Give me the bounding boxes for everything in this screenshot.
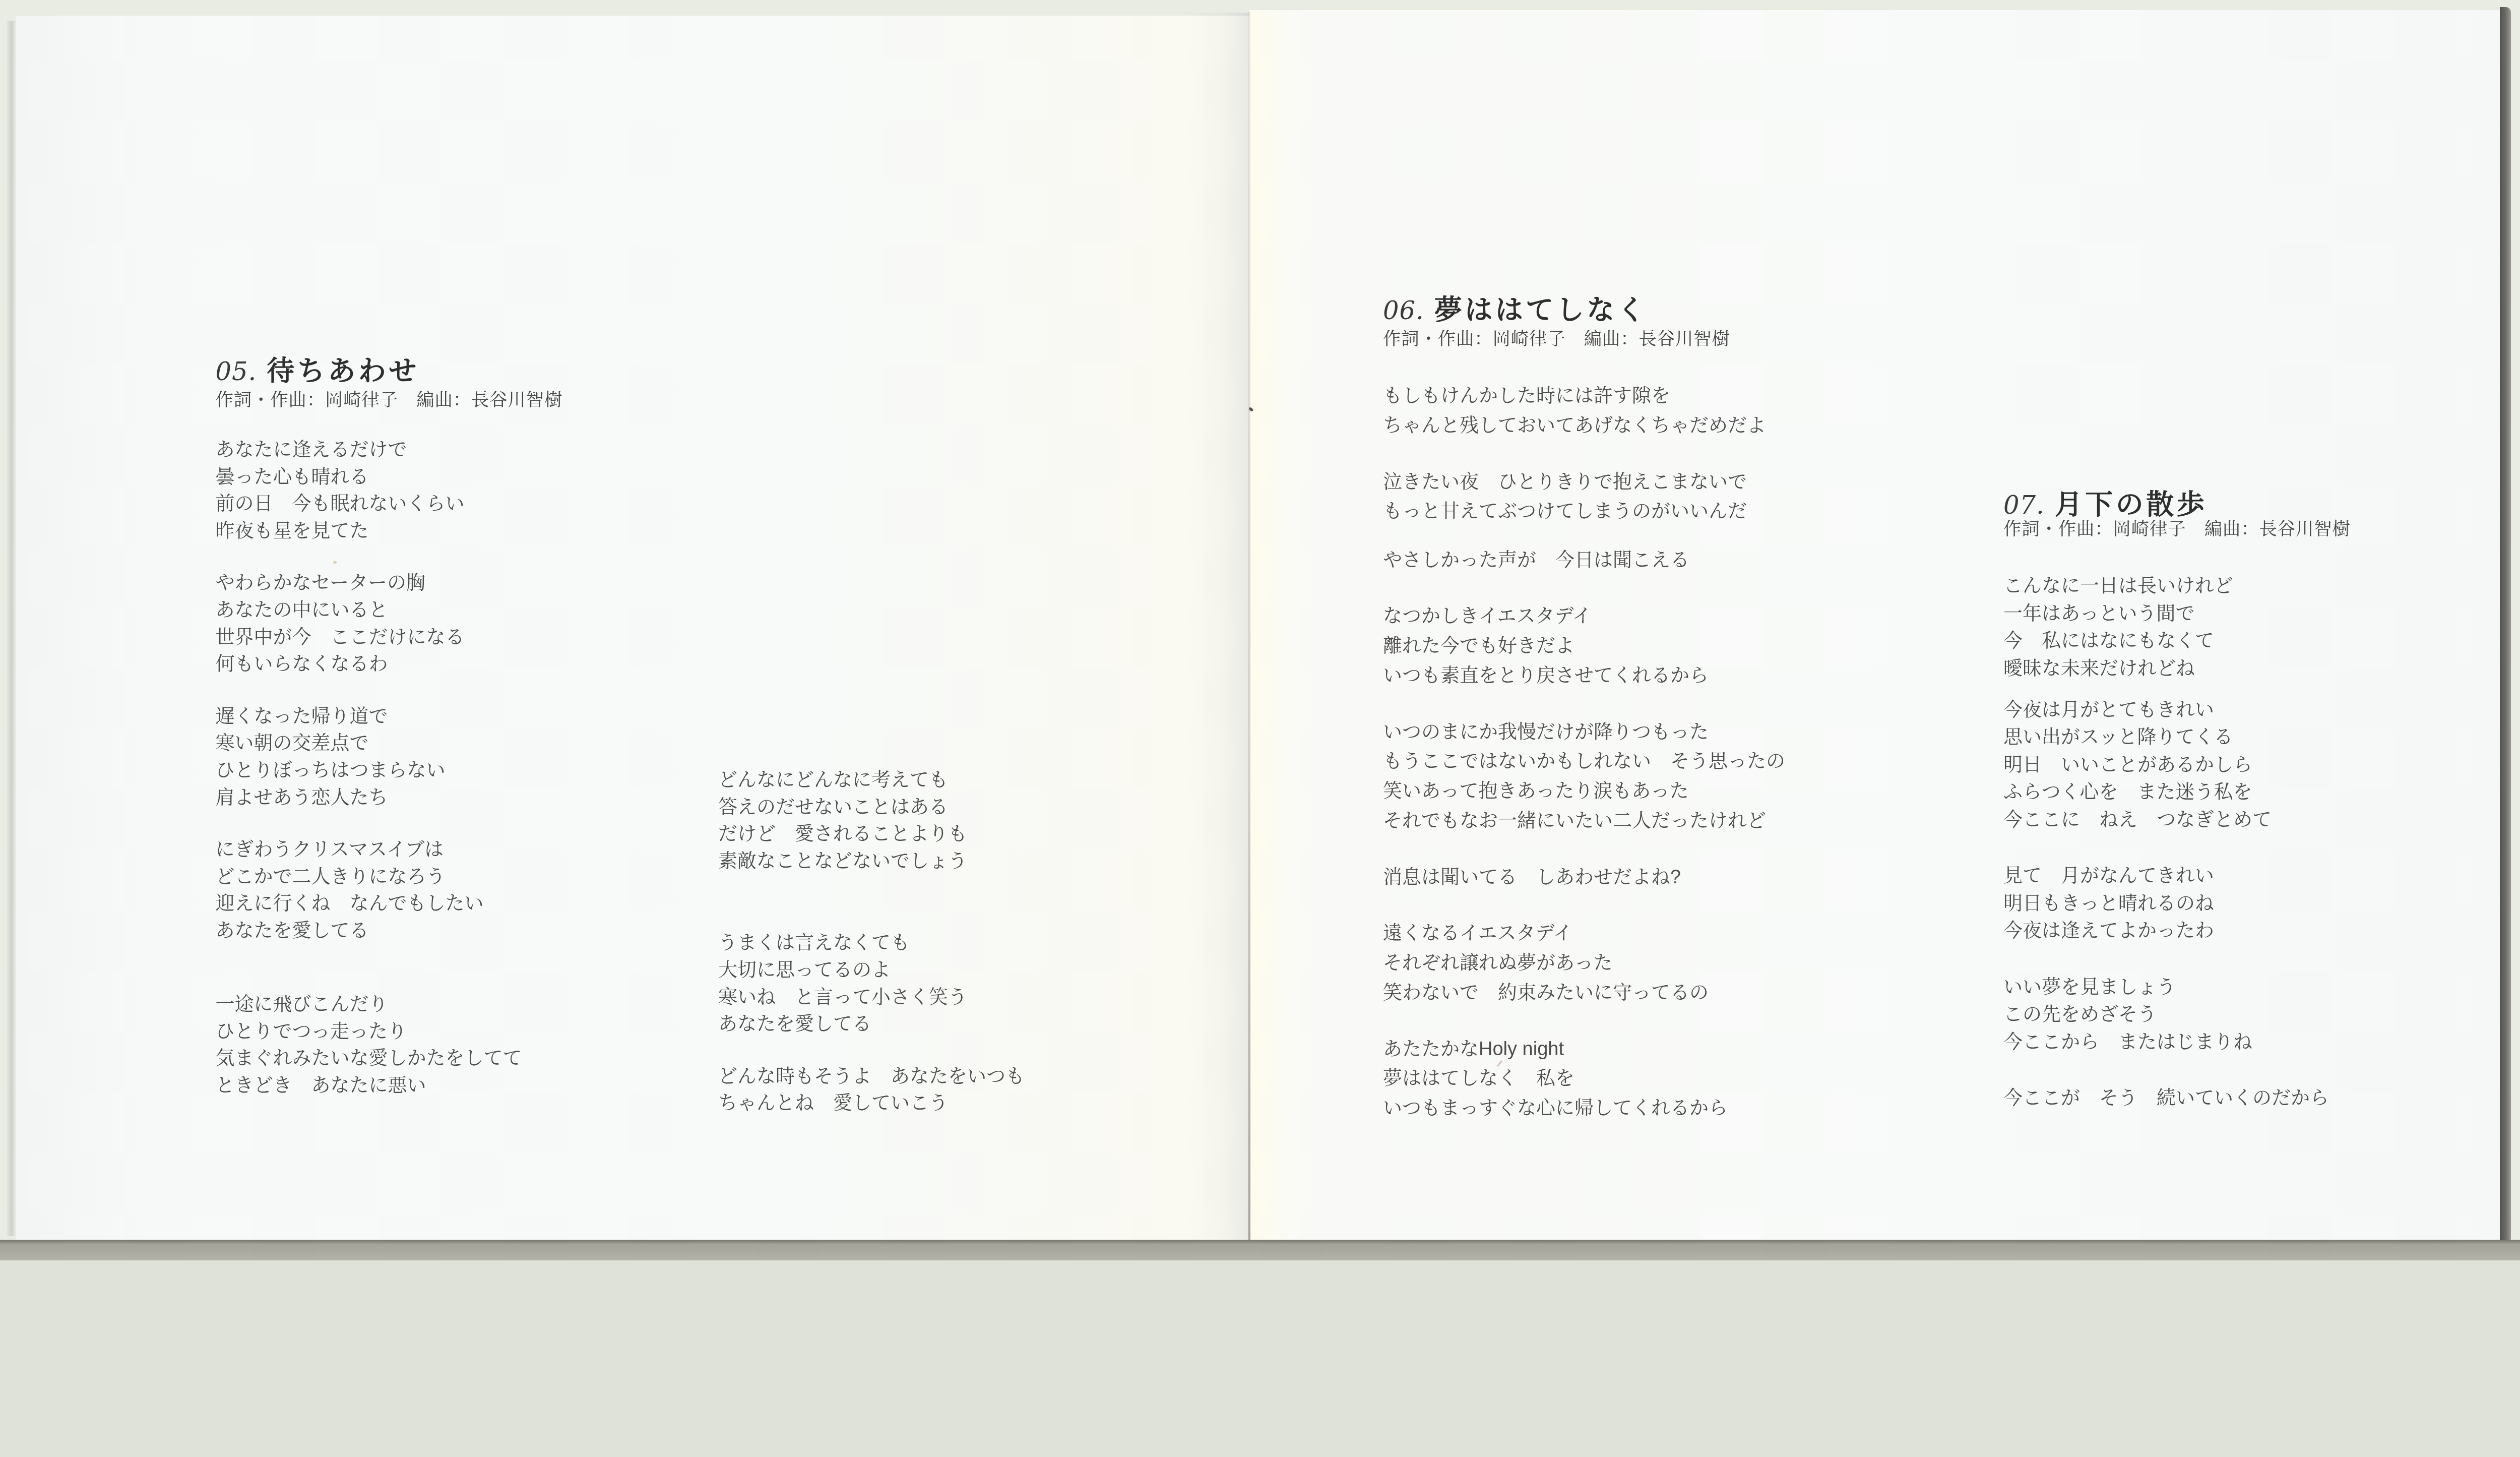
scanned-booklet-spread: 05. 待ちあわせ 作詞・作曲：岡崎律子 編曲：長谷川智樹 あなたに逢えるだけで… [0,0,2520,1260]
lyric-line: やわらかなセーターの胸 [216,570,522,597]
song-07-lyrics: こんなに一日は長いけれど一年はあっという間で今 私にはなにもなくて曖昧な未来だけ… [2003,572,2329,1112]
song-05-title: 待ちあわせ [267,348,419,388]
lyric-line: 笑わないで 約束みたいに守ってるの [1383,978,1785,1008]
stanza: 見て 月がなんてきれい明日もきっと晴れるのね今夜は逢えてよかったわ [2003,862,2329,945]
lyric-line: こんなに一日は長いけれど [2003,572,2329,600]
lyric-line: あなたを愛してる [718,1011,1025,1038]
stanza: 今夜は月がとてもきれい思い出がスッと降りてくる明日 いいことがあるかしらふらつく… [2003,696,2329,834]
lyric-line: ちゃんとね 愛していこう [718,1090,1025,1117]
lyric-line: 昨夜も星を見てた [216,518,522,545]
lyric-line: 寒い朝の交差点で [216,730,522,757]
lyric-line: 肩よせあう恋人たち [216,784,522,812]
dust-speck [333,561,337,564]
lyric-line: もしもけんかした時には許す隙を [1383,381,1785,411]
lyric-line: 何もいらなくなるわ [216,651,522,678]
stanza: にぎわうクリスマスイブはどこかで二人きりになろう迎えに行くね なんでもしたいあな… [216,836,522,944]
lyric-line: もっと甘えてぶつけてしまうのがいいんだ [1383,497,1785,526]
song-05-lyrics-column-2: どんなにどんなに考えても答えのだせないことはあるだけど 愛されることよりも素敵な… [718,767,1025,1117]
center-fold-shadow [1187,13,1249,1240]
song-05-lyrics-column-1: あなたに逢えるだけで曇った心も晴れる前の日 今も眠れないくらい昨夜も星を見てたや… [216,437,522,1099]
stanza: もしもけんかした時には許す隙をちゃんと残しておいてあげなくちゃだめだよ [1383,381,1785,441]
lyric-line: なつかしきイエスタデイ [1383,601,1785,631]
lyric-line: どんな時もそうよ あなたをいつも [718,1063,1025,1090]
center-fold-highlight [1251,12,1281,1242]
stanza: いつのまにか我慢だけが降りつもったもうここではないかもしれない そう思ったの笑い… [1383,717,1785,836]
lyric-line: それぞれ譲れぬ夢があった [1383,948,1785,978]
stanza: 消息は聞いてる しあわせだよね? [1383,863,1785,892]
song-06-header: 06. 夢ははてしなく [1383,287,1648,327]
lyric-line: 夢ははてしなく 私を [1383,1064,1785,1094]
stanza: こんなに一日は長いけれど一年はあっという間で今 私にはなにもなくて曖昧な未来だけ… [2003,572,2329,682]
lyric-line: 明日 いいことがあるかしら [2003,751,2329,779]
stanza: やさしかった声が 今日は聞こえる [1383,545,1785,575]
scan-bottom-shadow [0,1240,2520,1260]
lyric-line: 泣きたい夜 ひとりきりで抱えこまないで [1383,467,1785,497]
lyric-line: 今ここから またはじまりね [2003,1028,2329,1056]
lyric-line: いつのまにか我慢だけが降りつもった [1383,717,1785,747]
song-07-credits: 作詞・作曲：岡崎律子 編曲：長谷川智樹 [2003,515,2351,540]
song-06-track-number: 06. [1383,296,1424,325]
lyric-line: 前の日 今も眠れないくらい [216,491,522,518]
song-05-credits: 作詞・作曲：岡崎律子 編曲：長谷川智樹 [216,386,563,411]
lyric-line: 今 私にはなにもなくて [2003,627,2329,655]
stanza: 一途に飛びこんだりひとりでつっ走ったり気まぐれみたいな愛しかたをしててときどき … [216,991,522,1099]
lyric-line: 曇った心も晴れる [216,464,522,491]
lyric-line: どこかで二人きりになろう [216,864,522,891]
song-06-lyrics: もしもけんかした時には許す隙をちゃんと残しておいてあげなくちゃだめだよ泣きたい夜… [1383,381,1785,1123]
lyric-line: 今ここに ねえ つなぎとめて [2003,806,2329,834]
lyric-line: どんなにどんなに考えても [718,767,1025,794]
lyric-line: いつも素直をとり戻させてくれるから [1383,661,1785,691]
lyric-line: 遠くなるイエスタデイ [1383,919,1785,948]
center-fold-line [1248,12,1251,1242]
lyric-line: やさしかった声が 今日は聞こえる [1383,545,1785,575]
lyric-line: いつもまっすぐな心に帰してくれるから [1383,1094,1785,1123]
stanza: あなたに逢えるだけで曇った心も晴れる前の日 今も眠れないくらい昨夜も星を見てた [216,437,522,544]
lyric-line: 今夜は月がとてもきれい [2003,696,2329,724]
lyric-line: 笑いあって抱きあったり涙もあった [1383,776,1785,806]
lyric-line: ひとりでつっ走ったり [216,1018,522,1046]
song-05-header: 05. 待ちあわせ [216,348,419,388]
lyric-line: にぎわうクリスマスイブは [216,836,522,864]
song-06-title: 夢ははてしなく [1434,287,1648,327]
page-stack-edge-right [2500,7,2511,1243]
stanza: 遅くなった帰り道で寒い朝の交差点でひとりぼっちはつまらない肩よせあう恋人たち [216,703,522,811]
lyric-line: ふらつく心を また迷う私を [2003,778,2329,806]
lyric-line: それでもなお一緒にいたい二人だったけれど [1383,806,1785,836]
lyric-line: この先をめざそう [2003,1001,2329,1028]
lyric-line: あたたかなHoly night [1383,1035,1785,1064]
stanza: なつかしきイエスタデイ離れた今でも好きだよいつも素直をとり戻させてくれるから [1383,601,1785,690]
lyric-line: 一途に飛びこんだり [216,991,522,1018]
stanza: うまくは言えなくても大切に思ってるのよ寒いね と言って小さく笑うあなたを愛してる [718,930,1025,1038]
lyric-line: 世界中が今 ここだけになる [216,624,522,651]
lyric-line: ちゃんと残しておいてあげなくちゃだめだよ [1383,411,1785,441]
lyric-line: 消息は聞いてる しあわせだよね? [1383,863,1785,892]
lyric-line: もうここではないかもしれない そう思ったの [1383,747,1785,776]
stanza: やわらかなセーターの胸あなたの中にいると世界中が今 ここだけになる何もいらなくな… [216,570,522,678]
song-05-track-number: 05. [216,357,257,386]
lyric-line: 寒いね と言って小さく笑う [718,984,1025,1011]
stanza: 泣きたい夜 ひとりきりで抱えこまないでもっと甘えてぶつけてしまうのがいいんだ [1383,467,1785,527]
lyric-line: 曖昧な未来だけれどね [2003,655,2329,683]
lyric-line: 一年はあっという間で [2003,600,2329,628]
stanza: どんな時もそうよ あなたをいつもちゃんとね 愛していこう [718,1063,1025,1117]
lyric-line: 答えのだせないことはある [718,794,1025,821]
lyric-line: あなたに逢えるだけで [216,437,522,464]
lyric-line: 素敵なことなどないでしょう [718,848,1025,875]
lyric-line: 今夜は逢えてよかったわ [2003,917,2329,945]
lyric-line: 思い出がスッと降りてくる [2003,723,2329,751]
stanza: 今ここが そう 続いていくのだから [2003,1084,2329,1112]
lyric-line: 大切に思ってるのよ [718,957,1025,984]
stanza: 遠くなるイエスタデイそれぞれ譲れぬ夢があった笑わないで 約束みたいに守ってるの [1383,919,1785,1007]
lyric-line: 明日もきっと晴れるのね [2003,890,2329,918]
lyric-line: ひとりぼっちはつまらない [216,757,522,784]
lyric-line: 離れた今でも好きだよ [1383,631,1785,661]
lyric-line: ときどき あなたに悪い [216,1072,522,1100]
lyric-line: いい夢を見ましょう [2003,974,2329,1001]
stanza: あたたかなHoly night夢ははてしなく 私をいつもまっすぐな心に帰してくれ… [1383,1035,1785,1123]
song-06-credits: 作詞・作曲：岡崎律子 編曲：長谷川智樹 [1383,325,1730,350]
lyric-line: 見て 月がなんてきれい [2003,862,2329,890]
lyric-line: 気まぐれみたいな愛しかたをしてて [216,1045,522,1072]
lyric-line: あなたを愛してる [216,918,522,945]
lyric-line: うまくは言えなくても [718,930,1025,957]
lyric-line: あなたの中にいると [216,597,522,624]
lyric-line: 遅くなった帰り道で [216,703,522,731]
lyric-line: 今ここが そう 続いていくのだから [2003,1084,2329,1112]
stanza: いい夢を見ましょうこの先をめざそう今ここから またはじまりね [2003,974,2329,1056]
stanza: どんなにどんなに考えても答えのだせないことはあるだけど 愛されることよりも素敵な… [718,767,1025,875]
lyric-line: だけど 愛されることよりも [718,821,1025,848]
booklet-page-left [16,16,1249,1241]
lyric-line: 迎えに行くね なんでもしたい [216,890,522,918]
